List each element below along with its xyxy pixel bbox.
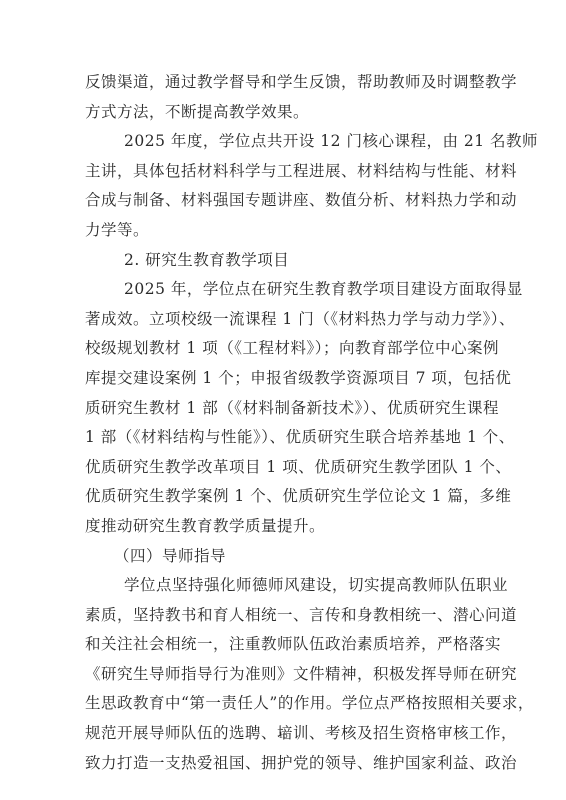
page-number: 16 <box>0 730 566 740</box>
text-line: 优质研究生教学案例 1 个、优质研究生学位论文 1 篇，多维 <box>85 482 481 512</box>
text-line: 著成效。立项校级一流课程 1 门（《材料热力学与动力学》）、 <box>85 305 481 335</box>
text-line: 和关注社会相统一，注重教师队伍政治素质培养，严格落实 <box>85 630 481 660</box>
text-line: 致力打造一支热爱祖国、拥护党的领导、维护国家利益、政治 <box>85 749 481 779</box>
paragraph: 反馈渠道，通过教学督导和学生反馈，帮助教师及时调整教学 方式方法，不断提高教学效… <box>85 68 481 127</box>
text-line: 2025 年度，学位点共开设 12 门核心课程，由 21 名教师 <box>85 127 481 157</box>
subsection-heading: 2. 研究生教育教学项目 <box>85 246 481 276</box>
text-line: 反馈渠道，通过教学督导和学生反馈，帮助教师及时调整教学 <box>85 68 481 98</box>
text-line: 度推动研究生教育教学质量提升。 <box>85 512 481 542</box>
text-line: 优质研究生教学改革项目 1 项、优质研究生教学团队 1 个、 <box>85 453 481 483</box>
text-line: 方式方法，不断提高教学效果。 <box>85 98 481 128</box>
text-line: 2025 年，学位点在研究生教育教学项目建设方面取得显 <box>85 275 481 305</box>
paragraph: 学位点坚持强化师德师风建设，切实提高教师队伍职业 素质，坚持教书和育人相统一、言… <box>85 571 481 778</box>
text-line: 学位点坚持强化师德师风建设，切实提高教师队伍职业 <box>85 571 481 601</box>
section-heading: （四）导师指导 <box>85 542 481 572</box>
text-line: 校级规划教材 1 项（《工程材料》）；向教育部学位中心案例 <box>85 334 481 364</box>
heading-text: （四）导师指导 <box>85 542 481 572</box>
heading-text: 2. 研究生教育教学项目 <box>85 246 481 276</box>
text-line: 素质，坚持教书和育人相统一、言传和身教相统一、潜心问道 <box>85 601 481 631</box>
text-line: 主讲，具体包括材料科学与工程进展、材料结构与性能、材料 <box>85 157 481 187</box>
document-page: 反馈渠道，通过教学督导和学生反馈，帮助教师及时调整教学 方式方法，不断提高教学效… <box>0 0 566 800</box>
text-line: 力学等。 <box>85 216 481 246</box>
page-body: 反馈渠道，通过教学督导和学生反馈，帮助教师及时调整教学 方式方法，不断提高教学效… <box>85 68 481 778</box>
paragraph: 2025 年度，学位点共开设 12 门核心课程，由 21 名教师 主讲，具体包括… <box>85 127 481 245</box>
text-line: 库提交建设案例 1 个；申报省级教学资源项目 7 项，包括优 <box>85 364 481 394</box>
text-line: 合成与制备、材料强国专题讲座、数值分析、材料热力学和动 <box>85 186 481 216</box>
text-line: 1 部（《材料结构与性能》）、优质研究生联合培养基地 1 个、 <box>85 423 481 453</box>
text-line: 《研究生导师指导行为准则》文件精神，积极发挥导师在研究 <box>85 660 481 690</box>
paragraph: 2025 年，学位点在研究生教育教学项目建设方面取得显 著成效。立项校级一流课程… <box>85 275 481 541</box>
text-line: 质研究生教材 1 部（《材料制备新技术》）、优质研究生课程 <box>85 394 481 424</box>
text-line: 生思政教育中“第一责任人”的作用。学位点严格按照相关要求， <box>85 689 481 719</box>
